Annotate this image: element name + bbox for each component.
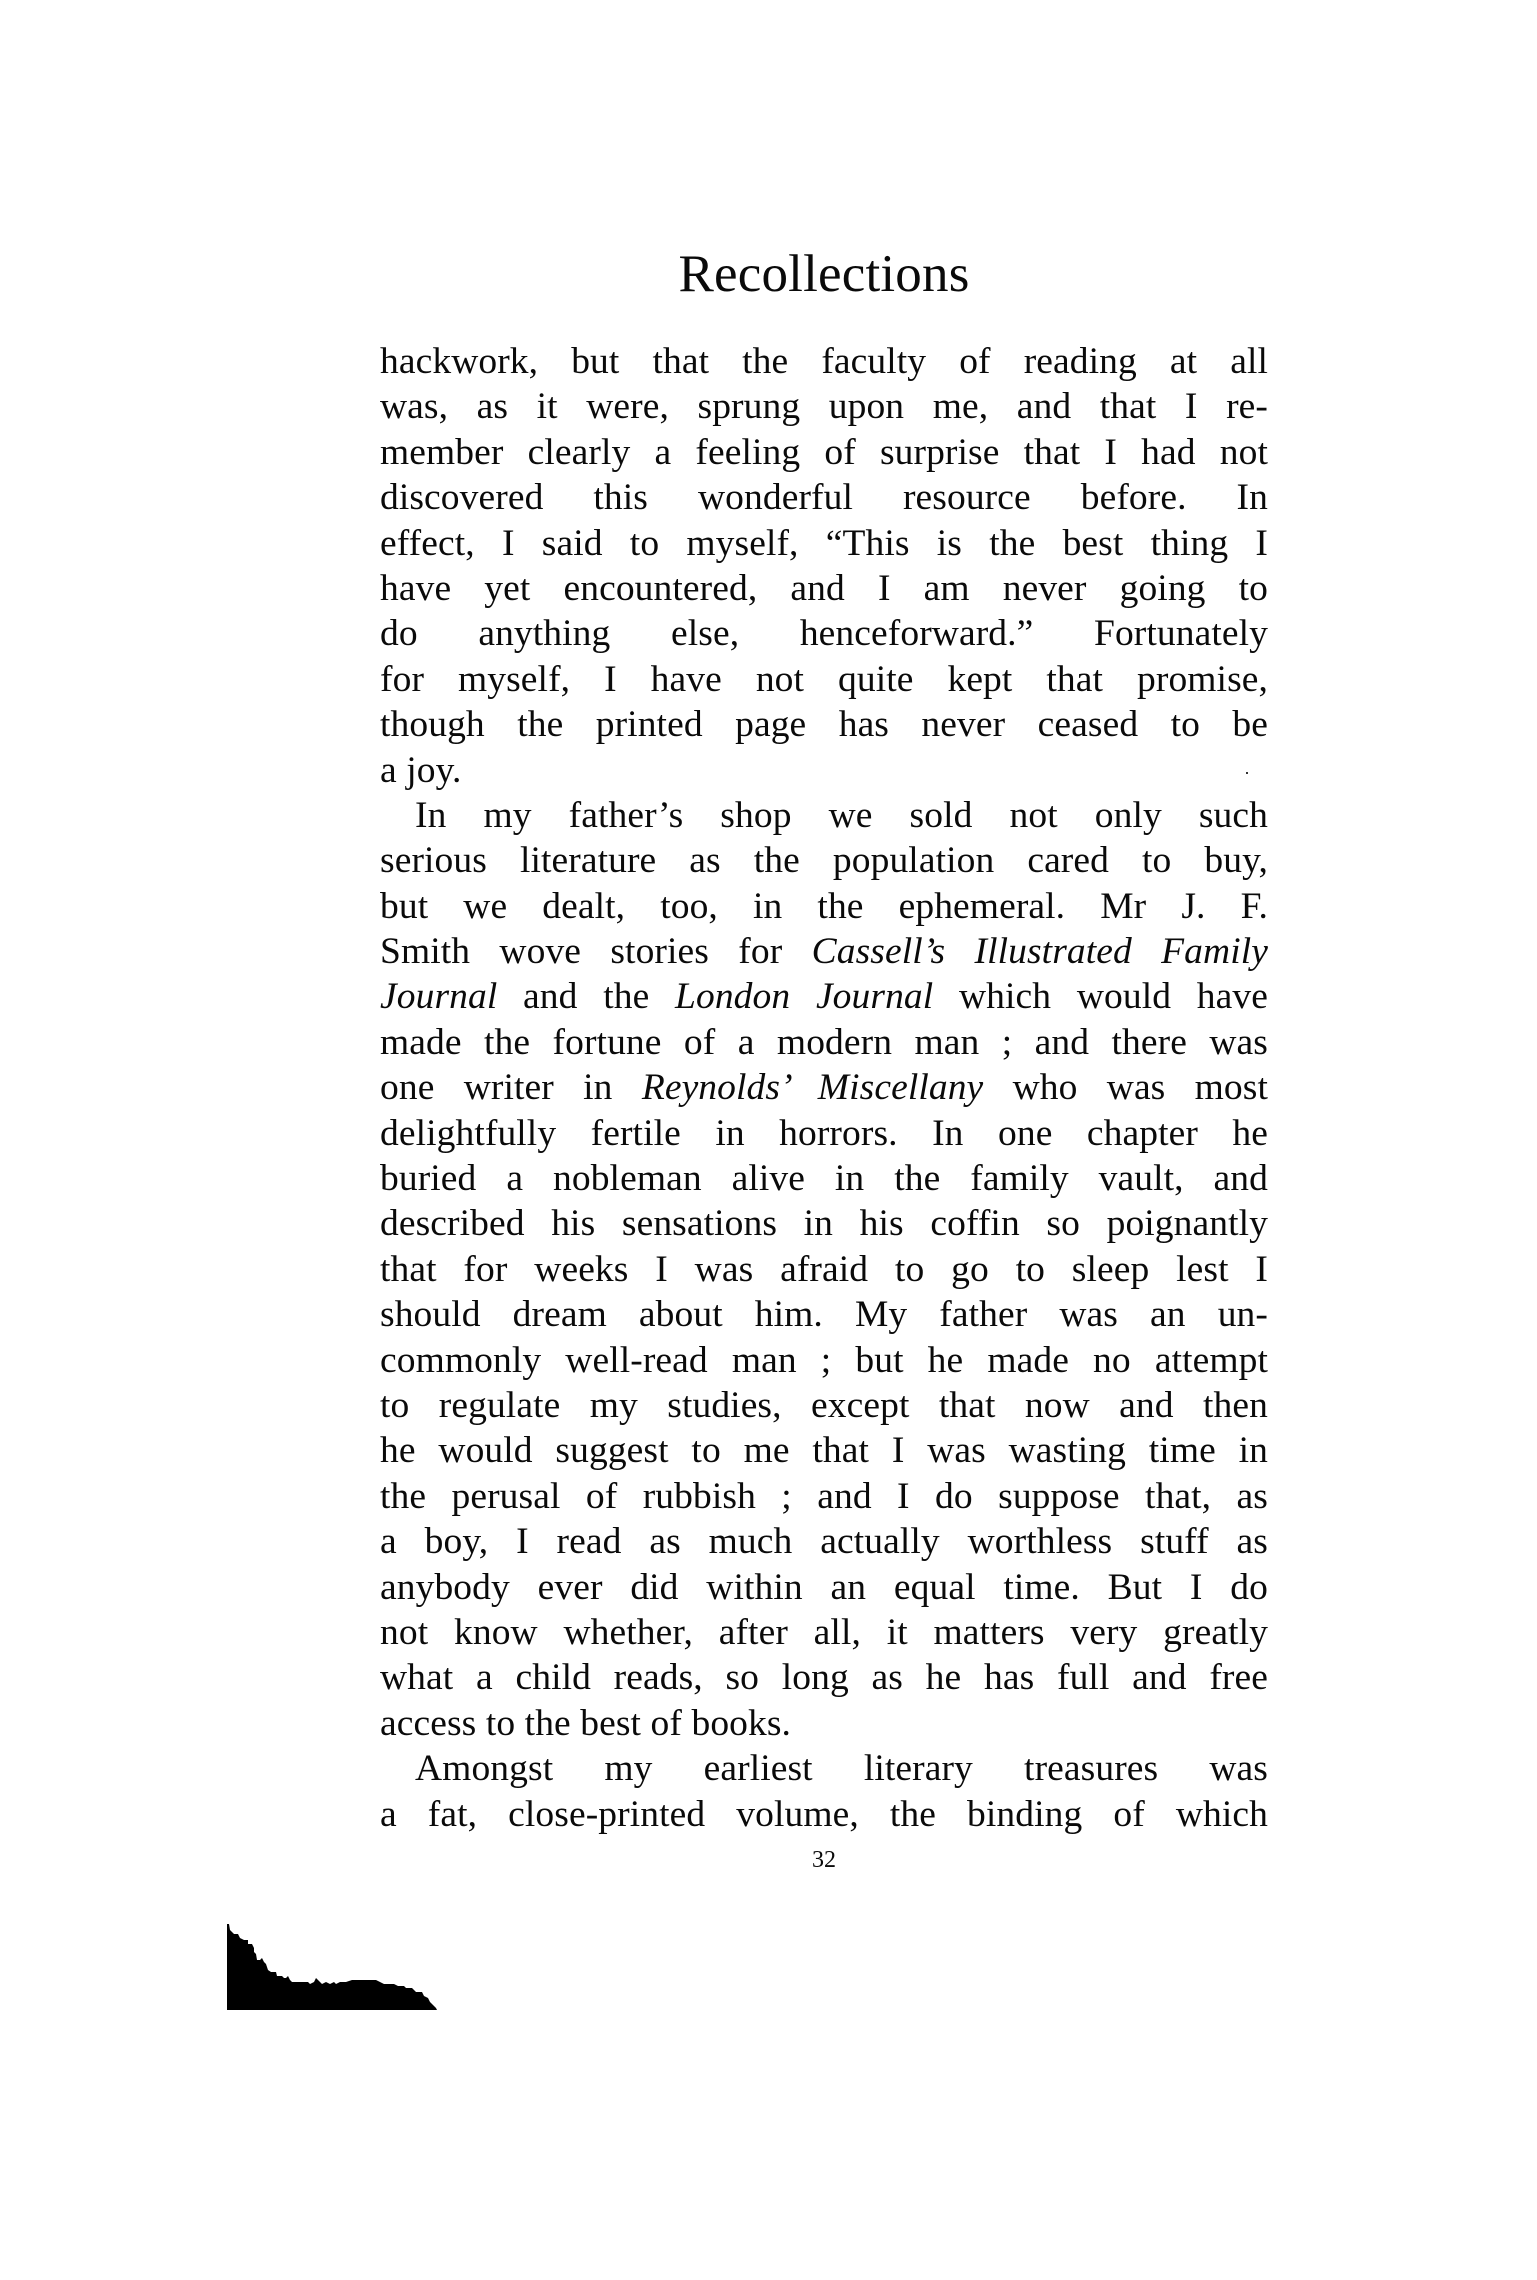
text-line: a boy, I read as much actually worthless… [380, 1519, 1268, 1564]
text-line: member clearly a feeling of surprise tha… [380, 430, 1268, 475]
italic-title-text: Cassell’s Illustrated Family [812, 931, 1268, 972]
text-line: have yet encountered, and I am never goi… [380, 566, 1268, 611]
text-span: for myself, I have not quite kept that p… [380, 659, 1268, 700]
text-span: Amongst my earliest literary treasures w… [415, 1748, 1268, 1789]
text-line: delightfully fertile in horrors. In one … [380, 1111, 1268, 1156]
text-line: for myself, I have not quite kept that p… [380, 657, 1268, 702]
text-span: and the [497, 976, 675, 1017]
text-span: serious literature as the population car… [380, 840, 1268, 881]
text-span: hackwork, but that the faculty of readin… [380, 341, 1268, 382]
italic-title-text: Reynolds’ Miscellany [642, 1067, 984, 1108]
text-span: a boy, I read as much actually worthless… [380, 1521, 1268, 1562]
scan-artifact-black-mark [226, 1920, 438, 2012]
text-span: was, as it were, sprung upon me, and tha… [380, 386, 1268, 427]
text-line: though the printed page has never ceased… [380, 702, 1268, 747]
text-line: do anything else, henceforward.” Fortuna… [380, 611, 1268, 656]
text-span: which would have [933, 976, 1268, 1017]
italic-title-text: London Journal [675, 976, 933, 1017]
text-line: serious literature as the population car… [380, 838, 1268, 883]
text-span: not know whether, after all, it matters … [380, 1612, 1268, 1653]
text-span: buried a nobleman alive in the family va… [380, 1158, 1268, 1199]
text-span: Smith wove stories for [380, 931, 812, 972]
text-line: what a child reads, so long as he has fu… [380, 1655, 1268, 1700]
text-line: discovered this wonderful resource befor… [380, 475, 1268, 520]
text-span: what a child reads, so long as he has fu… [380, 1657, 1268, 1698]
text-span: that for weeks I was afraid to go to sle… [380, 1249, 1268, 1290]
text-line: Amongst my earliest literary treasures w… [380, 1746, 1268, 1791]
text-span: member clearly a feeling of surprise tha… [380, 432, 1268, 473]
text-span: access to the best of books. [380, 1703, 791, 1744]
text-line: one writer in Reynolds’ Miscellany who w… [380, 1065, 1268, 1110]
text-line: access to the best of books. [380, 1701, 1268, 1746]
text-span: one writer in [380, 1067, 642, 1108]
text-line: a fat, close-printed volume, the binding… [380, 1792, 1268, 1837]
text-line: was, as it were, sprung upon me, and tha… [380, 384, 1268, 429]
text-line: effect, I said to myself, “This is the b… [380, 521, 1268, 566]
text-span: should dream about him. My father was an… [380, 1294, 1268, 1335]
text-span: delightfully fertile in horrors. In one … [380, 1113, 1268, 1154]
text-span: have yet encountered, and I am never goi… [380, 568, 1268, 609]
text-line: described his sensations in his coffin s… [380, 1201, 1268, 1246]
text-line: he would suggest to me that I was wastin… [380, 1428, 1268, 1473]
body-text: hackwork, but that the faculty of readin… [380, 339, 1268, 1837]
text-line: Smith wove stories for Cassell’s Illustr… [380, 929, 1268, 974]
text-line: should dream about him. My father was an… [380, 1292, 1268, 1337]
text-line: the perusal of rubbish ; and I do suppos… [380, 1474, 1268, 1519]
text-line: In my father’s shop we sold not only suc… [380, 793, 1268, 838]
text-line: anybody ever did within an equal time. B… [380, 1565, 1268, 1610]
text-line: to regulate my studies, except that now … [380, 1383, 1268, 1428]
text-line: Journal and the London Journal which wou… [380, 974, 1268, 1019]
text-span: though the printed page has never ceased… [380, 704, 1268, 745]
text-line: hackwork, but that the faculty of readin… [380, 339, 1268, 384]
text-line: made the fortune of a modern man ; and t… [380, 1020, 1268, 1065]
text-span: he would suggest to me that I was wastin… [380, 1430, 1268, 1471]
book-page: Recollections hackwork, but that the fac… [0, 0, 1537, 2280]
text-span: who was most [983, 1067, 1268, 1108]
text-span: do anything else, henceforward.” Fortuna… [380, 613, 1268, 654]
text-span: anybody ever did within an equal time. B… [380, 1567, 1268, 1608]
text-span: to regulate my studies, except that now … [380, 1385, 1268, 1426]
text-span: made the fortune of a modern man ; and t… [380, 1022, 1268, 1063]
text-span: commonly well-read man ; but he made no … [380, 1340, 1268, 1381]
text-line: but we dealt, too, in the ephemeral. Mr … [380, 884, 1268, 929]
text-line: commonly well-read man ; but he made no … [380, 1338, 1268, 1383]
italic-title-text: Journal [380, 976, 497, 1017]
text-span: but we dealt, too, in the ephemeral. Mr … [380, 886, 1268, 927]
text-span: a fat, close-printed volume, the binding… [380, 1794, 1268, 1835]
text-span: effect, I said to myself, “This is the b… [380, 523, 1268, 564]
page-number: 32 [380, 1846, 1268, 1874]
text-line: that for weeks I was afraid to go to sle… [380, 1247, 1268, 1292]
text-span: described his sensations in his coffin s… [380, 1203, 1268, 1244]
text-span: discovered this wonderful resource befor… [380, 477, 1268, 518]
text-line: buried a nobleman alive in the family va… [380, 1156, 1268, 1201]
running-head-title: Recollections [380, 244, 1268, 304]
text-span: the perusal of rubbish ; and I do suppos… [380, 1476, 1268, 1517]
scan-speck [1246, 772, 1248, 774]
text-line: not know whether, after all, it matters … [380, 1610, 1268, 1655]
text-line: a joy. [380, 748, 1268, 793]
text-span: a joy. [380, 750, 461, 791]
text-span: In my father’s shop we sold not only suc… [415, 795, 1268, 836]
